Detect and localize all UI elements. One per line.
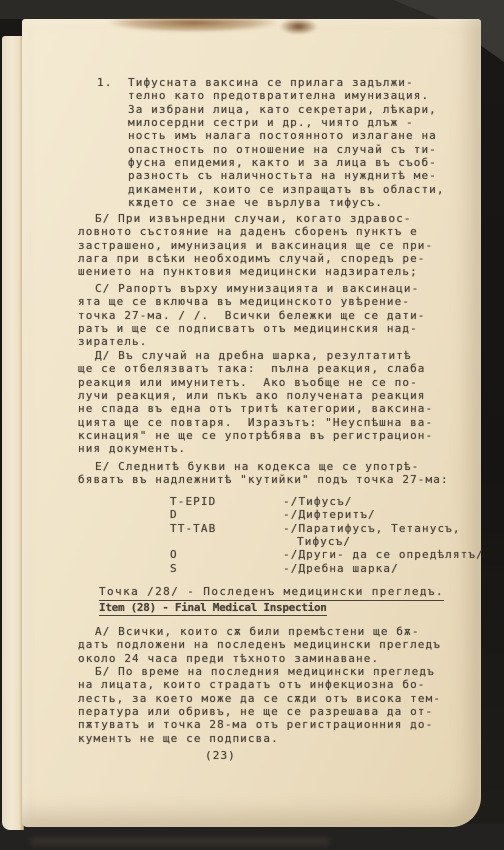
- typewritten-text: 1. Тифусната ваксина се прилага задължи-…: [0, 0, 504, 850]
- text-line: лучи реакция, или пъкъ ако получената ре…: [78, 389, 433, 402]
- code-row: Тифусъ/: [170, 535, 484, 548]
- code-description: -/Тифусъ/: [283, 495, 353, 508]
- paragraph-e-code-letters: Е/ Следнитѣ букви на кодекса ще се употр…: [78, 460, 449, 487]
- code-row: O -/Други- да се опредѣлятъ/: [170, 548, 484, 561]
- text-line: не спада въ една отъ тритѣ категории, ва…: [78, 402, 433, 415]
- text-line: дикаменти, които се изпращатъ въ области…: [128, 183, 445, 196]
- text-line: лесть, за което може да се сѫди отъ висо…: [78, 692, 441, 705]
- text-line: ята ще се включва въ медицинското увѣрен…: [78, 295, 426, 308]
- text-line: А/ Всички, които сѫ били премѣстени ще б…: [78, 625, 441, 638]
- text-line: пература или обривъ, не ще се разрешава …: [78, 705, 441, 718]
- text-line: пѫтуватъ и точка 28-ма отъ регистрационн…: [78, 718, 441, 731]
- text-line: точка 27-ма. / /. Всички бележки ще се д…: [78, 309, 426, 322]
- text-line: Тифусната ваксина се прилага задължи-: [128, 76, 445, 89]
- text-line: телно като предотвратителна имунизация.: [128, 89, 445, 102]
- paragraph-d-smallpox-reactions: Д/ Въ случай на дребна шарка, резултатит…: [78, 349, 433, 456]
- code-cell: [170, 535, 283, 548]
- list-number: 1.: [97, 76, 112, 89]
- text-line: застрашено, имунизация и ваксинация ще с…: [78, 239, 433, 252]
- text-line: Б/ При извънредни случаи, когато здравос…: [78, 212, 433, 225]
- text-line: цията ще се повтаря. Изразътъ: "Неуспѣшн…: [78, 416, 433, 429]
- text-line: Б/ По време на последния медицински прег…: [78, 665, 441, 678]
- code-cell: D: [170, 508, 283, 521]
- code-description: -/Други- да се опредѣлятъ/: [283, 548, 484, 561]
- code-description-continued: Тифусъ/: [283, 535, 351, 548]
- code-cell: TT-TAB: [170, 522, 283, 535]
- paragraph-a-final-inspection: А/ Всички, които сѫ били премѣстени ще б…: [78, 625, 441, 665]
- code-description: -/Дифтеритъ/: [283, 508, 376, 521]
- text-line: ния документъ.: [78, 442, 433, 455]
- code-cell: S: [170, 562, 283, 575]
- paragraph-b-exceptional-cases: Б/ При извънредни случаи, когато здравос…: [78, 212, 433, 279]
- code-row: D -/Дифтеритъ/: [170, 508, 484, 521]
- text-line: около 24 часа преди тѣхното заминаване.: [78, 652, 441, 665]
- text-line: на лицата, които страдатъ отъ инфекциозн…: [78, 678, 441, 691]
- text-line: ловното състояние на даденъ сборенъ пунк…: [78, 225, 433, 238]
- section-heading-english: Item (28) - Final Medical Inspection: [99, 601, 327, 617]
- paragraph-b-infectious-disease: Б/ По време на последния медицински прег…: [78, 665, 441, 745]
- code-cell: O: [170, 548, 283, 561]
- text-line: бяватъ въ надлежнитѣ "кутийки" подъ точк…: [78, 473, 449, 486]
- paragraph-c-report: С/ Рапортъ върху имунизацията и ваксинац…: [78, 282, 426, 349]
- text-line: милосердни сестри и др., чиято длъж -: [128, 116, 445, 129]
- text-line: ность имъ налага постоянното излагане на: [128, 129, 445, 142]
- code-row: T-EPID -/Тифусъ/: [170, 495, 484, 508]
- code-row: S -/Дребна шарка/: [170, 562, 484, 575]
- text-line: За избрани лица, като секретари, лѣкари,: [128, 103, 445, 116]
- text-line: Е/ Следнитѣ букви на кодекса ще се употр…: [78, 460, 449, 473]
- text-line: ще се отбелязватъ така: пълна реакция, с…: [78, 362, 433, 375]
- code-description: -/Паратифусъ, Тетанусъ,: [283, 522, 461, 535]
- text-line: С/ Рапортъ върху имунизацията и ваксинац…: [78, 282, 426, 295]
- text-line: опастность по отношение на случай съ ти-: [128, 143, 445, 156]
- page-number: (23): [205, 749, 236, 762]
- text-line: Д/ Въ случай на дребна шарка, резултатит…: [78, 349, 433, 362]
- code-cell: T-EPID: [170, 495, 283, 508]
- text-line: зиратель.: [78, 335, 426, 348]
- code-row: TT-TAB -/Паратифусъ, Тетанусъ,: [170, 522, 484, 535]
- section-heading-bulgarian: Точка /28/ - Последенъ медицински прегле…: [99, 585, 444, 601]
- text-line: шението на пунктовия медицински надзират…: [78, 265, 433, 278]
- text-line: реакция или имунитетъ. Ако въобще не се …: [78, 376, 433, 389]
- code-table: T-EPID -/Тифусъ/ D -/Дифтеритъ/ TT-TAB -…: [170, 495, 484, 575]
- code-description: -/Дребна шарка/: [283, 562, 399, 575]
- photo-background: 1. Тифусната ваксина се прилага задължи-…: [0, 0, 504, 850]
- text-line: ксинация" не ще се употрѣбява въ регистр…: [78, 429, 433, 442]
- paragraph-1-typhus-vaccine: 1. Тифусната ваксина се прилага задължи-…: [128, 76, 445, 209]
- text-line: ратъ и ще се подписватъ отъ медицинския …: [78, 322, 426, 335]
- text-line: фусна епидемия, както и за лица въ съоб-: [128, 156, 445, 169]
- text-line: кѫдето се знае че върлува тифусъ.: [128, 196, 445, 209]
- text-line: лага при всѣки необходимъ случай, според…: [78, 252, 433, 265]
- section-heading: Точка /28/ - Последенъ медицински прегле…: [99, 585, 444, 616]
- text-line: датъ подложени на последенъ медицински п…: [78, 638, 441, 651]
- text-line: кументъ не ще се подписва.: [78, 732, 441, 745]
- text-line: разность съ наличностьта на нужднитѣ ме-: [128, 169, 445, 182]
